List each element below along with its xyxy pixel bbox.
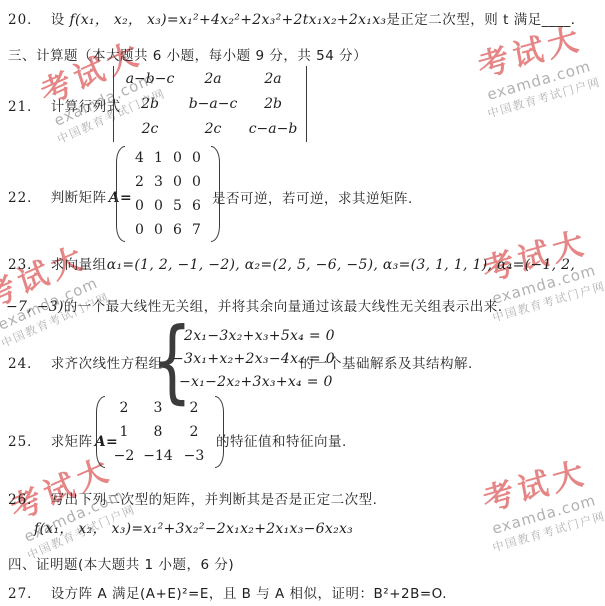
question-26-formula: f(x₁， x₂， x₃)=x₁²+3x₂²−2x₁x₂+2x₁x₃−6x₂x₃ <box>34 521 353 537</box>
question-21-number: 21． <box>8 95 42 115</box>
question-20-formula: f(x₁， x₂， x₃)=x₁²+4x₂²+2x₃²+2tx₁x₂+2x₁x₃ <box>69 12 386 28</box>
det-cell: c−a−b <box>244 117 302 142</box>
question-21-label: 21．计算行列式 <box>8 95 121 115</box>
det-cell: 2a <box>182 67 244 92</box>
det-cell: a−b−c <box>118 67 182 92</box>
question-26-text: 写出下列二次型的矩阵，并判断其是否是正定二次型. <box>51 492 378 508</box>
examda-tagline-text: 中国教育考试门户网 <box>460 499 605 564</box>
det-cell: 2b <box>244 92 302 117</box>
matrix-cell: −14 <box>138 444 178 468</box>
question-27-number: 27． <box>8 582 42 602</box>
matrix-cell: 1 <box>110 420 138 444</box>
section-4-heading-text: 四、证明题(本大题共 1 小题，6 分) <box>8 557 234 573</box>
matrix-cell: 1 <box>149 146 168 170</box>
matrix-cell: 5 <box>168 194 187 218</box>
matrix-cell: 3 <box>149 170 168 194</box>
section-3-heading-text: 三、计算题（本大题共 6 小题，每小题 9 分，共 54 分） <box>8 48 367 64</box>
det-cell: b−a−c <box>182 92 244 117</box>
examda-domain-text: examda.com <box>450 47 605 114</box>
question-20-number: 20． <box>8 8 42 28</box>
matrix-cell: 2 <box>178 396 210 420</box>
matrix-cell: 0 <box>149 218 168 242</box>
question-22-number: 22． <box>8 186 42 206</box>
matrix-cell: −3 <box>178 444 210 468</box>
determinant-right-bar <box>306 66 307 142</box>
matrix-cell: 0 <box>168 170 187 194</box>
matrix-cell: 0 <box>187 170 206 194</box>
matrix-grid: 2 3 2 1 8 2 −2 −14 −3 <box>110 396 210 468</box>
question-23-number: 23． <box>8 253 42 273</box>
examda-tagline-text: 中国教育考试门户网 <box>455 65 605 130</box>
matrix-cell: 3 <box>138 396 178 420</box>
matrix-cell: 2 <box>178 420 210 444</box>
matrix-cell: −2 <box>110 444 138 468</box>
question-21-determinant: a−b−c 2a 2a 2b b−a−c 2b 2c 2c c−a−b <box>113 66 307 142</box>
det-cell: 2c <box>182 117 244 142</box>
question-20-text-after: 是正定二次型，则 t 满足____． <box>386 12 584 28</box>
question-25-number: 25． <box>8 430 42 450</box>
determinant-left-bar <box>113 66 114 142</box>
question-23-vectors: α₁=(1, 2, −1, −2), α₂=(2, 5, −6, −5), α₃… <box>107 257 575 273</box>
question-21-text: 计算行列式 <box>51 99 121 115</box>
question-26-number: 26． <box>8 488 42 508</box>
matrix-cell: 2 <box>130 170 149 194</box>
matrix-grid: 4 1 0 0 2 3 0 0 0 0 5 6 0 0 6 7 <box>130 146 206 242</box>
matrix-left-paren <box>116 146 125 242</box>
question-22-after-text: 是否可逆，若可逆，求其逆矩阵. <box>212 191 413 207</box>
det-cell: 2c <box>118 117 182 142</box>
question-23-line1: 23．求向量组α₁=(1, 2, −1, −2), α₂=(2, 5, −6, … <box>8 253 575 273</box>
question-24-label: 24．求齐次线性方程组 <box>8 352 163 372</box>
question-22-matrix: 4 1 0 0 2 3 0 0 0 0 5 6 0 0 6 7 <box>116 146 220 242</box>
question-24-after-text: 的一个基础解系及其结构解. <box>300 356 473 372</box>
matrix-cell: 6 <box>187 194 206 218</box>
question-26-formula-line: f(x₁， x₂， x₃)=x₁²+3x₂²−2x₁x₂+2x₁x₃−6x₂x₃ <box>34 518 353 538</box>
question-23-line2: −7, −3)的一个最大线性无关组，并将其余向量通过该最大线性无关组表示出来. <box>6 295 503 315</box>
question-24-after: 的一个基础解系及其结构解. <box>300 352 473 372</box>
matrix-cell: 4 <box>130 146 149 170</box>
question-24-number: 24． <box>8 352 42 372</box>
matrix-cell: 0 <box>130 194 149 218</box>
examda-domain-text: examda.com <box>0 471 160 561</box>
question-22-text: 判断矩阵 <box>51 190 107 206</box>
question-25-after-text: 的特征值和特征向量. <box>216 434 347 450</box>
question-22-label: 22．判断矩阵A= <box>8 186 132 206</box>
det-cell: 2a <box>244 67 302 92</box>
question-23-vectors-cont: −7, −3) <box>6 299 64 315</box>
question-24-text: 求齐次线性方程组 <box>51 356 163 372</box>
question-20: 20．设 f(x₁， x₂， x₃)=x₁²+4x₂²+2x₃²+2tx₁x₂+… <box>8 8 585 29</box>
matrix-cell: 0 <box>149 194 168 218</box>
matrix-cell: 0 <box>168 146 187 170</box>
question-25-matrix: 2 3 2 1 8 2 −2 −14 −3 <box>96 396 224 468</box>
question-25-after: 的特征值和特征向量. <box>216 430 347 450</box>
matrix-cell: 8 <box>138 420 178 444</box>
matrix-cell: 7 <box>187 218 206 242</box>
question-22-after: 是否可逆，若可逆，求其逆矩阵. <box>212 187 413 207</box>
question-23-line2-text: 的一个最大线性无关组，并将其余向量通过该最大线性无关组表示出来. <box>64 299 503 315</box>
question-27-text: 设方阵 A 满足(A+E)²=E，且 B 与 A 相似，证明：B²+2B=O. <box>51 586 447 602</box>
matrix-cell: 0 <box>130 218 149 242</box>
equation-row: −x₁−2x₂+3x₃+x₄ = 0 <box>172 374 335 397</box>
question-27: 27．设方阵 A 满足(A+E)²=E，且 B 与 A 相似，证明：B²+2B=… <box>8 582 447 602</box>
examda-domain-text: examda.com <box>455 481 605 548</box>
section-4-heading: 四、证明题(本大题共 1 小题，6 分) <box>8 553 234 573</box>
matrix-cell: 6 <box>168 218 187 242</box>
matrix-left-paren <box>96 396 105 468</box>
examda-watermark: 考试大 examda.com 中国教育考试门户网 <box>442 437 605 564</box>
question-23-text: 求向量组 <box>51 257 107 273</box>
exam-paper-page: 考试大 examda.com 中国教育考试门户网 考试大 examda.com … <box>0 0 605 606</box>
question-20-text-before: 设 <box>51 12 70 28</box>
question-25-text: 求矩阵 <box>51 434 93 450</box>
det-cell: 2b <box>118 92 182 117</box>
matrix-cell: 0 <box>187 146 206 170</box>
matrix-cell: 2 <box>110 396 138 420</box>
examda-tagline-text: 中国教育考试门户网 <box>0 276 141 364</box>
equation-row: 2x₁−3x₂+x₃+5x₄ = 0 <box>172 328 335 351</box>
examda-logo-text: 考试大 <box>445 436 605 530</box>
question-26-label: 26．写出下列二次型的矩阵，并判断其是否是正定二次型. <box>8 488 377 508</box>
determinant-grid: a−b−c 2a 2a 2b b−a−c 2b 2c 2c c−a−b <box>118 66 302 142</box>
section-3-heading: 三、计算题（本大题共 6 小题，每小题 9 分，共 54 分） <box>8 44 367 64</box>
